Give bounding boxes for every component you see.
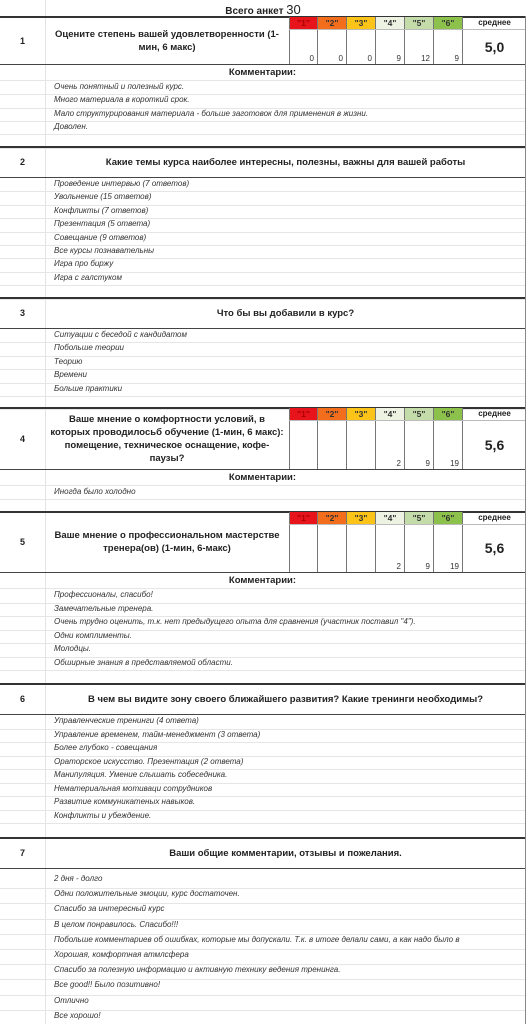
answer-item: В целом понравилось. Спасибо!!! (54, 920, 178, 929)
section-bottom-border (0, 328, 526, 329)
rating-count-2 (318, 420, 347, 469)
rating-header-1: "1" (289, 408, 318, 420)
rating-count-5: 9 (405, 420, 434, 469)
comment-item: Очень понятный и полезный курс. (54, 82, 184, 91)
answer-item: Управленческие тренинги (4 ответа) (54, 716, 199, 725)
question-number: 1 (0, 17, 45, 64)
rating-header-3: "3" (347, 17, 376, 29)
answer-item: Теорию (54, 357, 82, 366)
average-value: 5,6 (463, 420, 526, 469)
question-text-border (45, 17, 290, 64)
rating-count-1 (289, 524, 318, 572)
rating-header-1: "1" (289, 512, 318, 524)
row-line (0, 396, 526, 397)
average-label: среднее (463, 17, 526, 29)
row-line (0, 588, 526, 589)
answer-item: Спасибо за интересный курс (54, 904, 165, 913)
rating-header-2: "2" (318, 512, 347, 524)
answer-item: Манипуляция. Умение слышать собеседника. (54, 770, 227, 779)
comment-item: Замечательные тренера. (54, 604, 153, 613)
comment-item: Одни комплименты. (54, 631, 132, 640)
answer-item: Отлично (54, 996, 89, 1005)
total-value: 30 (286, 2, 300, 17)
question-number: 7 (0, 838, 45, 868)
rating-header-6: "6" (434, 17, 463, 29)
row-line (0, 823, 526, 824)
rating-header-6: "6" (434, 512, 463, 524)
question-number: 4 (0, 408, 45, 469)
answer-item: Игра с галстуком (54, 273, 122, 282)
section-bottom-border (0, 177, 526, 178)
rating-count-2 (318, 524, 347, 572)
answer-item: Побольше комментариев об ошибках, которы… (54, 935, 460, 944)
answer-item: Побольше теории (54, 343, 124, 352)
answer-item: Игра про биржу (54, 259, 113, 268)
question-number: 5 (0, 512, 45, 572)
answer-item: Увольнение (15 ответов) (54, 192, 151, 201)
rating-header-4: "4" (376, 512, 405, 524)
answer-item: Презентация (5 ответа) (54, 219, 150, 228)
average-value: 5,6 (463, 524, 526, 572)
question-number: 2 (0, 147, 45, 177)
question-text-border (45, 408, 290, 469)
answer-item: Конфликты и убеждение. (54, 811, 151, 820)
comment-item: Очень трудно оценить, т.к. нет предыдуще… (54, 617, 416, 626)
section-bottom-border (0, 714, 526, 715)
answer-item: Хорошая, комфортная атмлсфера (54, 950, 189, 959)
rating-header-2: "2" (318, 408, 347, 420)
rating-count-6: 9 (434, 29, 463, 64)
question-text: Ваши общие комментарии, отзывы и пожелан… (45, 838, 526, 868)
question-text: Что бы вы добавили в курс? (45, 298, 526, 328)
answer-item: Все курсы познавательны (54, 246, 154, 255)
answer-item: Совещание (9 ответов) (54, 233, 146, 242)
rating-count-5: 12 (405, 29, 434, 64)
rating-count-6: 19 (434, 524, 463, 572)
average-value: 5,0 (463, 29, 526, 64)
answer-item: 2 дня - долго (54, 874, 102, 883)
answer-item: Спасибо за полезную информацию и активну… (54, 965, 340, 974)
section-bottom-border (0, 64, 526, 65)
answer-item: Больше практики (54, 384, 122, 393)
row-line (0, 285, 526, 286)
rating-header-4: "4" (376, 17, 405, 29)
answer-item: Конфликты (7 ответов) (54, 206, 148, 215)
answer-item: Развитие коммуникатеных навыков. (54, 797, 195, 806)
answer-item: Проведение интервью (7 ответов) (54, 179, 189, 188)
question-text: Какие темы курса наиболее интересны, пол… (45, 147, 526, 177)
answer-item: Ораторское искусство. Презентация (2 отв… (54, 757, 243, 766)
answer-item: Более глубоко - совещания (54, 743, 157, 752)
rating-header-4: "4" (376, 408, 405, 420)
rating-count-1: 0 (289, 29, 318, 64)
answer-item: Времени (54, 370, 87, 379)
rating-count-3: 0 (347, 29, 376, 64)
rating-header-3: "3" (347, 512, 376, 524)
section-bottom-border (0, 868, 526, 869)
rating-header-5: "5" (405, 512, 434, 524)
answer-item: Все good!! Было позитивно! (54, 980, 160, 989)
row-line (0, 499, 526, 500)
answer-item: Одни положительные эмоции, курс достаточ… (54, 889, 240, 898)
row-line (0, 134, 526, 135)
rating-count-4: 9 (376, 29, 405, 64)
row-line (0, 670, 526, 671)
comment-item: Много материала в короткий срок. (54, 95, 190, 104)
comment-item: Молодцы. (54, 644, 91, 653)
comments-heading: Комментарии: (45, 472, 480, 483)
rating-count-3 (347, 524, 376, 572)
section-bottom-border (0, 572, 526, 573)
average-label: среднее (463, 512, 526, 524)
question-text: В чем вы видите зону своего ближайшего р… (45, 684, 526, 714)
rating-count-4: 2 (376, 524, 405, 572)
rating-count-5: 9 (405, 524, 434, 572)
question-text-border (45, 512, 290, 572)
total-surveys: Всего анкет 30 (0, 2, 526, 17)
comment-item: Профессионалы, спасибо! (54, 590, 153, 599)
comments-heading: Комментарии: (45, 575, 480, 586)
rating-count-3 (347, 420, 376, 469)
section-bottom-border (0, 469, 526, 470)
rating-header-6: "6" (434, 408, 463, 420)
rating-count-2: 0 (318, 29, 347, 64)
comment-item: Доволен. (54, 122, 88, 131)
rating-header-5: "5" (405, 408, 434, 420)
row-line (0, 485, 526, 486)
question-number: 6 (0, 684, 45, 714)
comment-item: Иногда было холодно (54, 487, 136, 496)
comments-heading: Комментарии: (45, 67, 480, 78)
rating-count-1 (289, 420, 318, 469)
answer-item: Управление временем, тайм-менеджмент (3 … (54, 730, 260, 739)
row-line (0, 80, 526, 81)
question-number: 3 (0, 298, 45, 328)
rating-header-1: "1" (289, 17, 318, 29)
answer-item: Нематериальная мотиваци сотрудников (54, 784, 212, 793)
answer-item: Все хорошо! (54, 1011, 101, 1020)
comment-item: Мало структурирования материала - больше… (54, 109, 368, 118)
average-label: среднее (463, 408, 526, 420)
rating-count-4: 2 (376, 420, 405, 469)
rating-header-5: "5" (405, 17, 434, 29)
rating-header-3: "3" (347, 408, 376, 420)
comment-item: Обширные знания в представляемой области… (54, 658, 233, 667)
rating-count-6: 19 (434, 420, 463, 469)
rating-header-2: "2" (318, 17, 347, 29)
answer-item: Ситуации с беседой с кандидатом (54, 330, 187, 339)
